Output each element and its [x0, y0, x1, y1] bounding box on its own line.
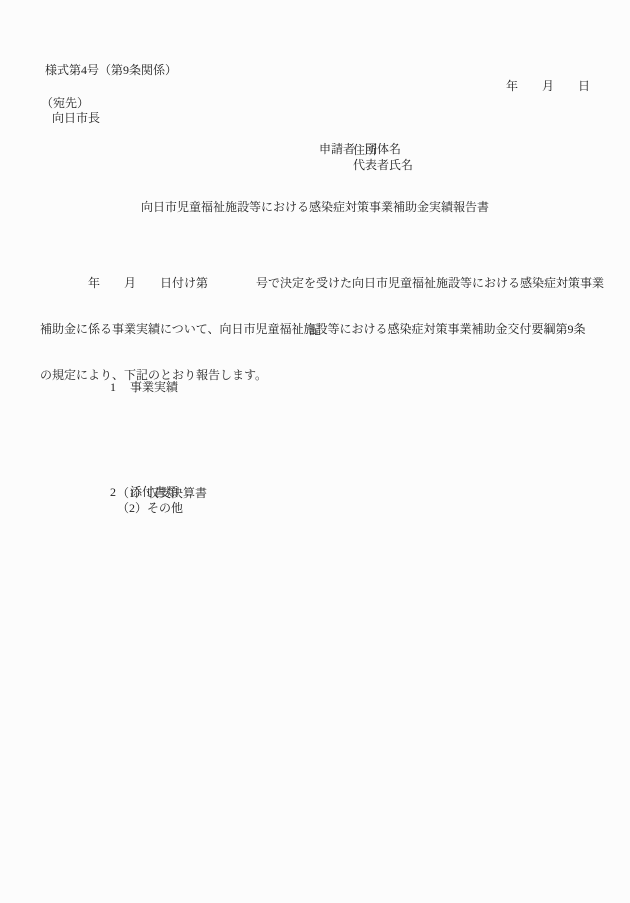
- form-number: 様式第4号（第9条関係）: [45, 63, 177, 77]
- item-business-results: 1事業実績: [98, 366, 178, 409]
- applicant-label: 申請者: [319, 142, 355, 156]
- addressee-name: 向日市長: [52, 111, 100, 125]
- applicant-representative-label: 代表者氏名: [353, 158, 413, 172]
- document-title: 向日市児童福祉施設等における感染症対策事業補助金実績報告書: [0, 200, 630, 214]
- attachment-item-financial-statement: （1）収支決算書: [117, 486, 207, 500]
- document-page: 様式第4号（第9条関係） 年 月 日 （宛先） 向日市長 申請者団体名 住所 代…: [0, 0, 630, 903]
- date-line: 年 月 日: [506, 79, 590, 93]
- paragraph-line-1: 年 月 日付け第 号で決定を受けた向日市児童福祉施設等における感染症対策事業: [40, 276, 592, 291]
- addressee-label: （宛先）: [41, 96, 89, 110]
- record-marker: 記: [0, 323, 630, 337]
- item-1-label: 事業実績: [130, 380, 178, 394]
- item-1-number: 1: [110, 380, 130, 394]
- attachment-item-other: （2）その他: [117, 501, 183, 515]
- applicant-address-label: 住所: [353, 143, 377, 157]
